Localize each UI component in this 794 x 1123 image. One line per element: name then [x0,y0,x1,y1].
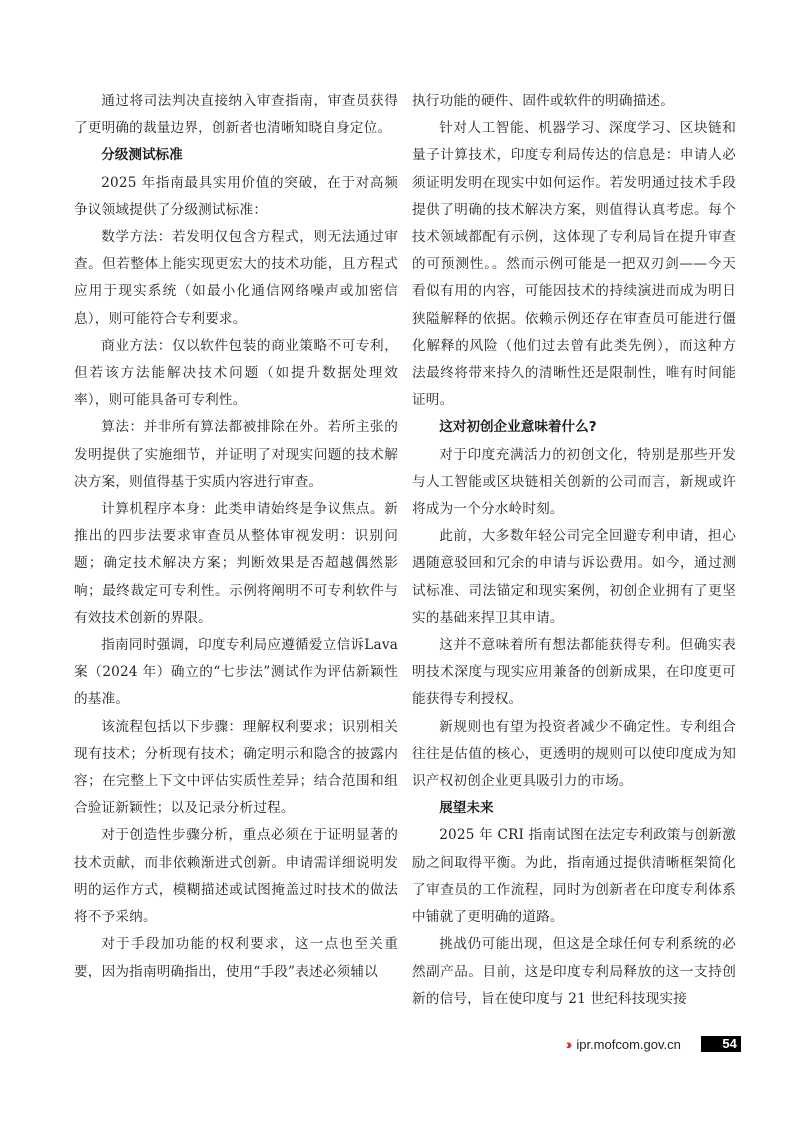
paragraph: 指南同时强调，印度专利局应遵循爱立信诉Lava 案（2024 年）确立的“七步法… [74,632,398,714]
double-chevron-right-icon: ›› [566,1036,569,1052]
paragraph: 数学方法：若发明仅包含方程式，则无法通过审查。但若整体上能实现更宏大的技术功能，… [74,224,398,333]
paragraph: 2025 年指南最具实用价值的突破，在于对高频争议领域提供了分级测试标准： [74,170,398,224]
paragraph: 通过将司法判决直接纳入审查指南，审查员获得了更明确的裁量边界，创新者也清晰知晓自… [74,88,398,142]
paragraph: 2025 年 CRI 指南试图在法定专利政策与创新激励之间取得平衡。为此，指南通… [412,822,736,931]
paragraph: 对于创造性步骤分析，重点必须在于证明显著的技术贡献，而非依赖渐进式创新。申请需详… [74,822,398,931]
paragraph: 商业方法：仅以软件包装的商业策略不可专利，但若该方法能解决技术问题（如提升数据处… [74,333,398,415]
paragraph: 执行功能的硬件、固件或软件的明确描述。 [412,88,736,115]
right-column: 执行功能的硬件、固件或软件的明确描述。 针对人工智能、机器学习、深度学习、区块链… [412,88,736,1013]
section-heading-outlook: 展望未来 [412,795,736,822]
paragraph: 算法：并非所有算法都被排除在外。若所主张的发明提供了实施细节，并证明了对现实问题… [74,414,398,496]
left-column: 通过将司法判决直接纳入审查指南，审查员获得了更明确的裁量边界，创新者也清晰知晓自… [74,88,398,986]
paragraph: 这并不意味着所有想法都能获得专利。但确实表明技术深度与现实应用兼备的创新成果，在… [412,632,736,714]
paragraph: 针对人工智能、机器学习、深度学习、区块链和量子计算技术，印度专利局传达的信息是：… [412,115,736,414]
paragraph: 挑战仍可能出现，但这是全球任何专利系统的必然副产品。目前，这是印度专利局释放的这… [412,931,736,1013]
paragraph: 此前，大多数年轻公司完全回避专利申请，担心遇随意驳回和冗余的申请与诉讼费用。如今… [412,523,736,632]
footer-url[interactable]: ipr.mofcom.gov.cn [576,1037,681,1052]
paragraph: 新规则也有望为投资者减少不确定性。专利组合往往是估值的核心，更透明的规则可以使印… [412,714,736,796]
section-heading-startups: 这对初创企业意味着什么? [412,414,736,441]
section-heading-grading-tests: 分级测试标准 [74,142,398,169]
page-footer: ›› ipr.mofcom.gov.cn 54 [566,1034,741,1054]
paragraph: 对于印度充满活力的初创文化，特别是那些开发与人工智能或区块链相关创新的公司而言，… [412,442,736,524]
paragraph: 对于手段加功能的权利要求，这一点也至关重要，因为指南明确指出，使用“手段”表述必… [74,931,398,985]
paragraph: 该流程包括以下步骤：理解权利要求；识别相关现有技术；分析现有技术；确定明示和隐含… [74,714,398,823]
page-number: 54 [701,1036,741,1052]
paragraph: 计算机程序本身：此类申请始终是争议焦点。新推出的四步法要求审查员从整体审视发明：… [74,496,398,632]
